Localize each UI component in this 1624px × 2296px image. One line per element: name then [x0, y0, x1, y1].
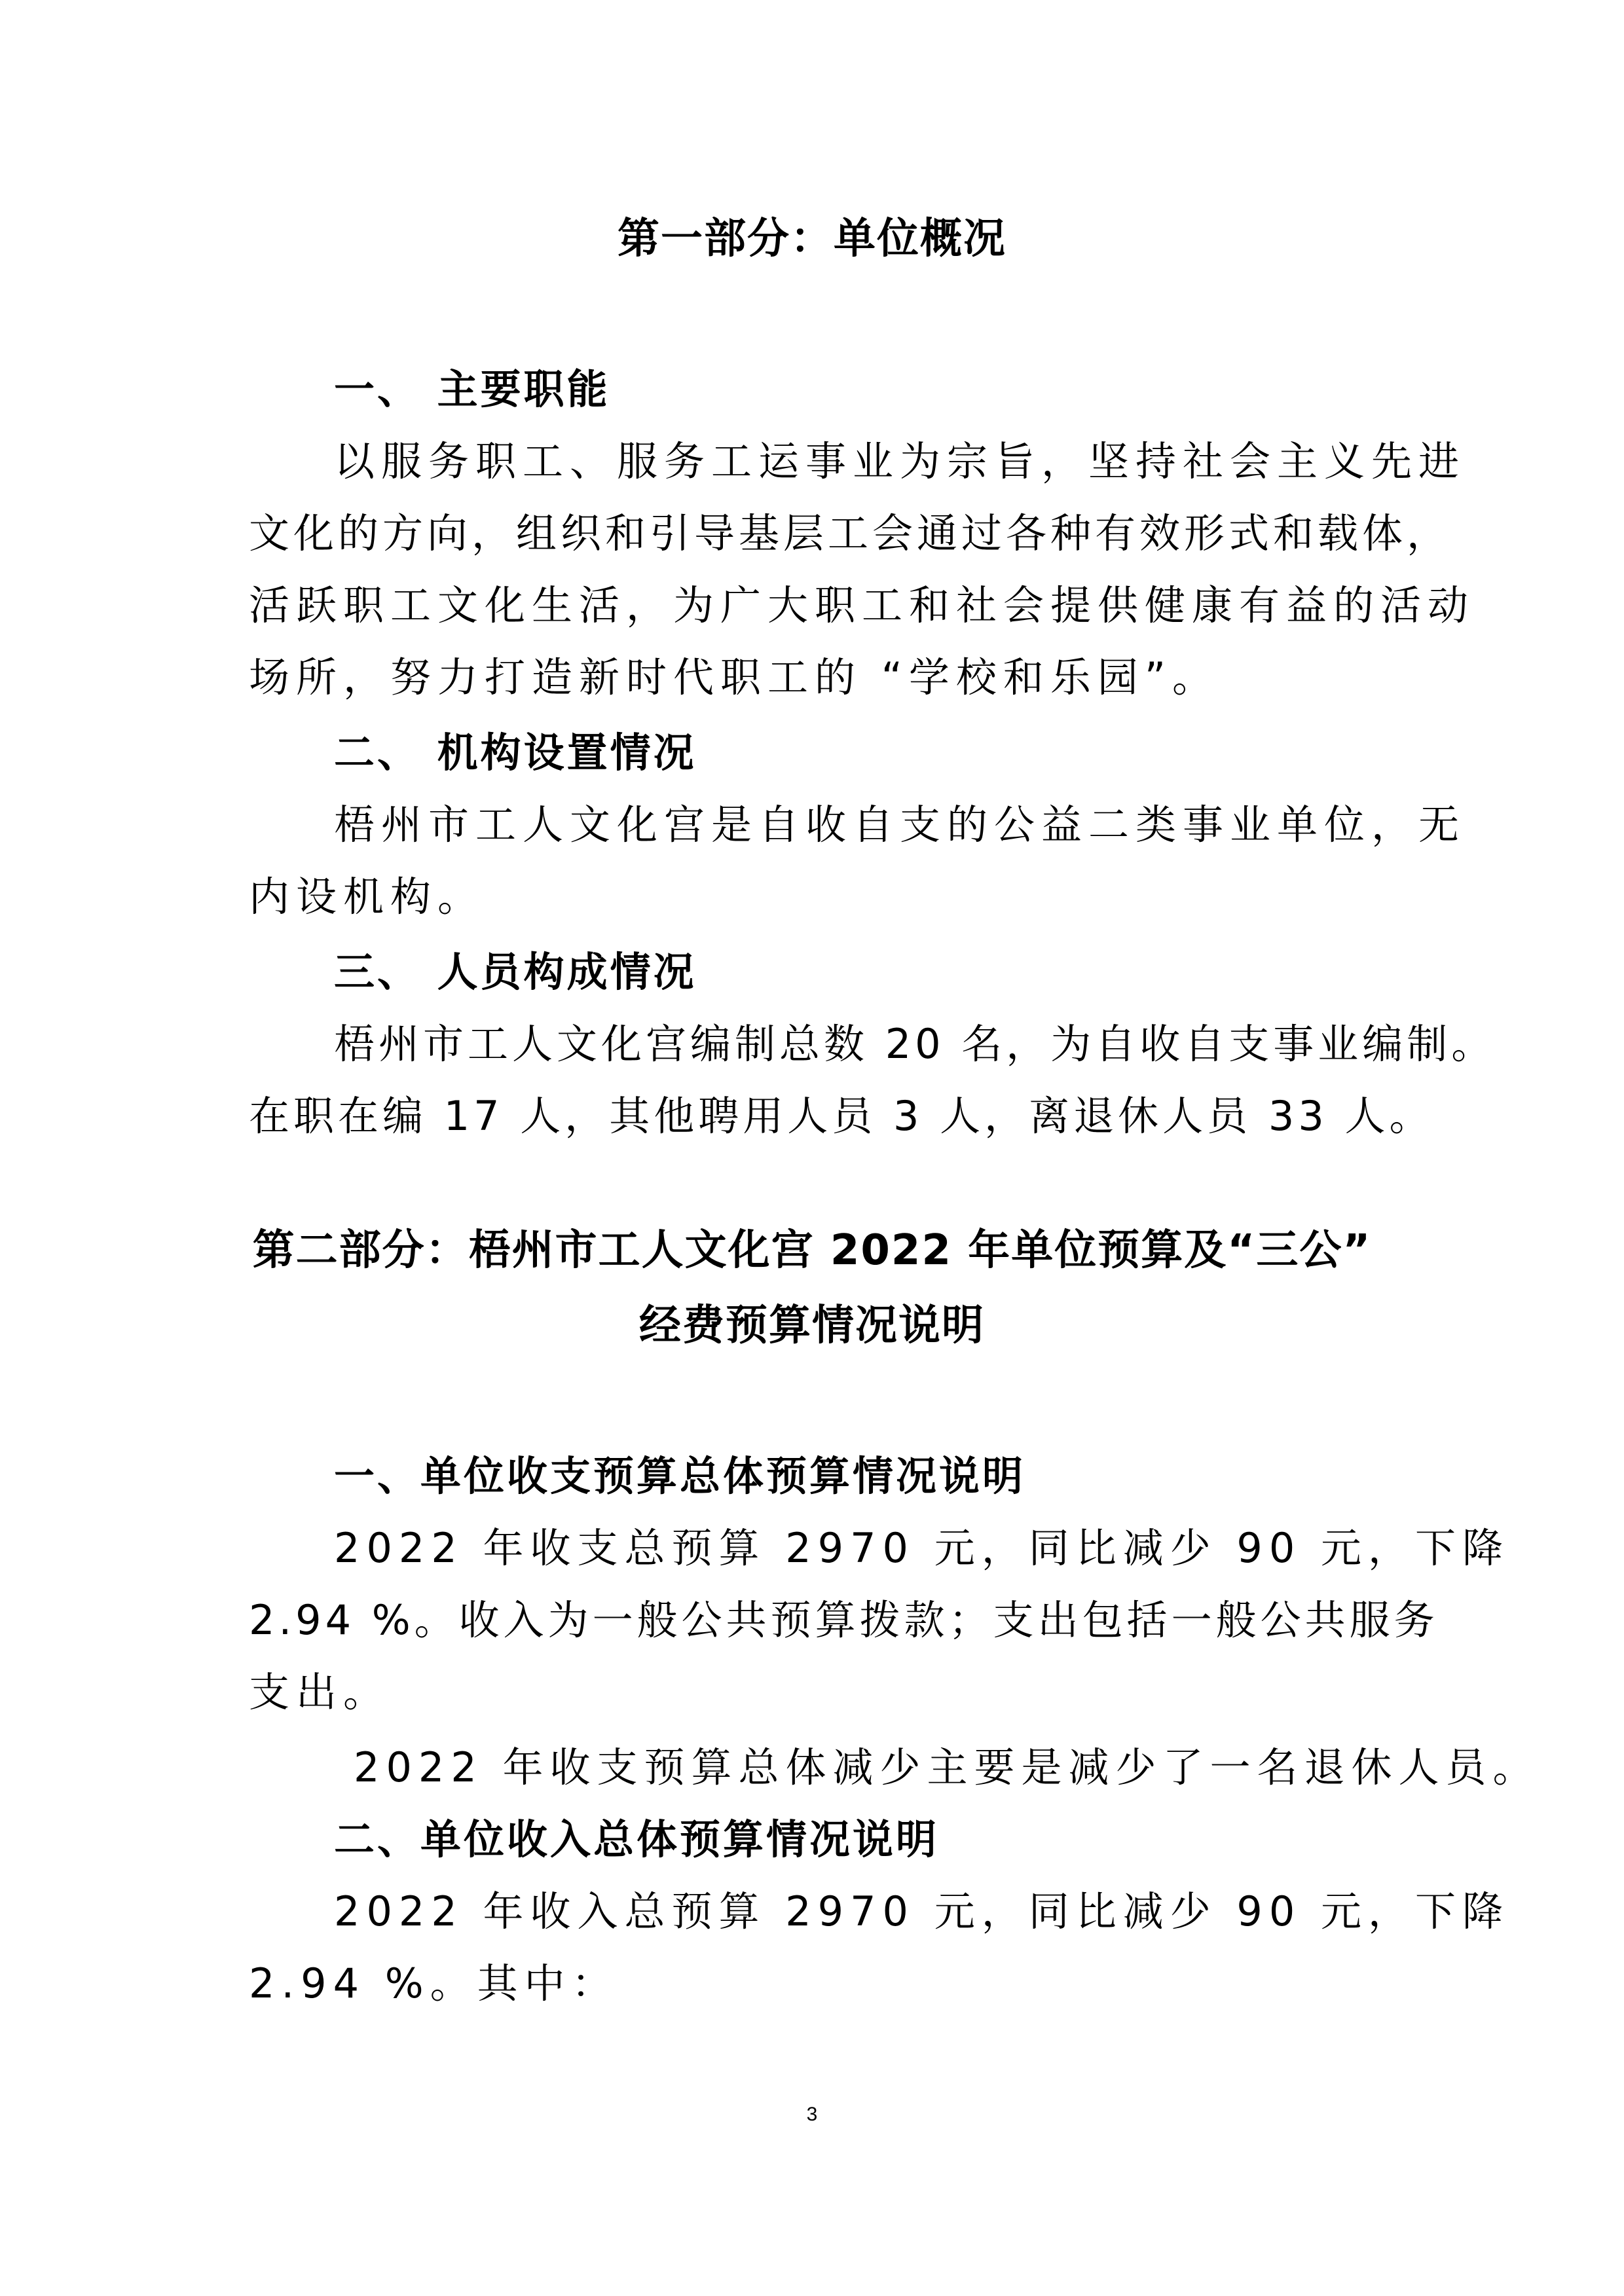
section-heading-organization: 二、 机构设置情况	[334, 727, 697, 779]
section-heading-main-functions: 一、 主要职能	[334, 363, 610, 416]
page-number: 3	[0, 2102, 1624, 2128]
paragraph-line: 内设机构。	[249, 871, 485, 923]
paragraph-line: 2.94 %。收入为一般公共预算拨款；支出包括一般公共服务	[249, 1594, 1439, 1647]
paragraph-line: 以服务职工、服务工运事业为宗旨，坚持社会主义先进	[334, 435, 1466, 488]
paragraph-line: 在职在编 17 人，其他聘用人员 3 人，离退休人员 33 人。	[249, 1090, 1433, 1142]
part2-title-line1: 第二部分：梧州市工人文化宫 2022 年单位预算及“三公”	[0, 1224, 1624, 1277]
section-heading-staff: 三、 人员构成情况	[334, 946, 697, 998]
part1-title: 第一部分：单位概况	[0, 213, 1624, 265]
paragraph-line: 支出。	[249, 1666, 390, 1719]
part2-title-line2: 经费预算情况说明	[0, 1300, 1624, 1352]
section-heading-budget-overview: 一、单位收支预算总体预算情况说明	[334, 1450, 1025, 1503]
paragraph-line: 梧州市工人文化宫是自收自支的公益二类事业单位，无	[334, 799, 1466, 851]
paragraph-line: 梧州市工人文化宫编制总数 20 名，为自收自支事业编制。	[334, 1018, 1496, 1070]
paragraph-line: 2022 年收支总预算 2970 元，同比减少 90 元，下降	[334, 1522, 1509, 1575]
paragraph-line: 文化的方向，组织和引导基层工会通过各种有效形式和载体，	[249, 507, 1451, 560]
paragraph-line: 2022 年收支预算总体减少主要是减少了一名退休人员。	[354, 1741, 1540, 1794]
section-heading-income-overview: 二、单位收入总体预算情况说明	[334, 1813, 939, 1866]
paragraph-line: 活跃职工文化生活，为广大职工和社会提供健康有益的活动	[249, 579, 1475, 632]
document-page: 第一部分：单位概况 一、 主要职能 以服务职工、服务工运事业为宗旨，坚持社会主义…	[0, 0, 1624, 2296]
paragraph-line: 2022 年收入总预算 2970 元，同比减少 90 元，下降	[334, 1886, 1509, 1938]
paragraph-line: 场所，努力打造新时代职工的 “学校和乐园”。	[249, 651, 1219, 704]
paragraph-line: 2.94 %。其中：	[249, 1958, 619, 2010]
